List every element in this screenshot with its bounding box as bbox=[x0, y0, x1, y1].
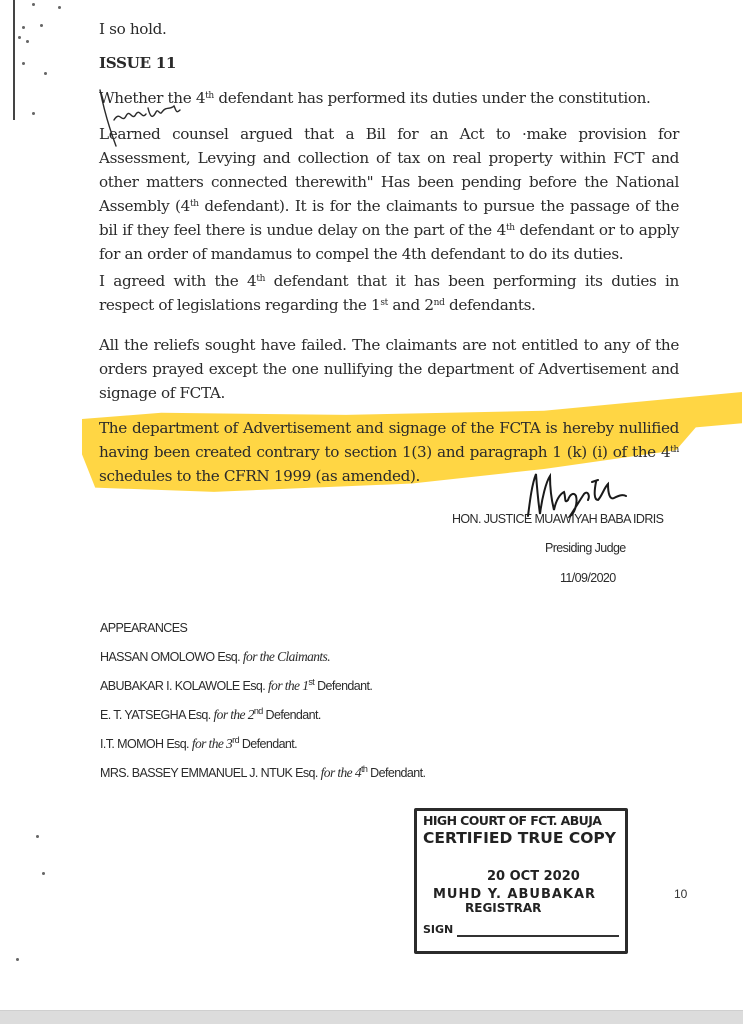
scan-speck bbox=[26, 40, 29, 43]
counsel-name: HASSAN OMOLOWO Esq. bbox=[100, 650, 240, 664]
counsel-name: MRS. BASSEY EMMANUEL J. NTUK Esq. bbox=[100, 766, 318, 780]
registrar-signature-icon bbox=[96, 80, 186, 150]
scan-speck bbox=[42, 872, 45, 875]
counsel-role: for the 2 bbox=[214, 707, 254, 722]
scan-speck bbox=[32, 3, 35, 6]
stamp-date: 20 OCT 2020 bbox=[487, 869, 580, 884]
judge-signature-icon bbox=[522, 470, 632, 518]
text-span: The department of Advertisement and sign… bbox=[99, 419, 679, 461]
counsel-name: E. T. YATSEGHA Esq. bbox=[100, 708, 211, 722]
appearance-entry: MRS. BASSEY EMMANUEL J. NTUK Esq. for th… bbox=[100, 765, 520, 794]
counsel-role: for the Claimants. bbox=[243, 649, 330, 664]
appearance-entry: ABUBAKAR I. KOLAWOLE Esq. for the 1st De… bbox=[100, 678, 520, 707]
text-span: and 2 bbox=[388, 296, 434, 314]
scan-speck bbox=[40, 24, 43, 27]
appearances-list: APPEARANCES HASSAN OMOLOWO Esq. for the … bbox=[100, 620, 520, 794]
ordinal-suffix: th bbox=[256, 274, 265, 284]
scan-speck bbox=[58, 6, 61, 9]
scan-speck bbox=[22, 62, 25, 65]
stamp-officer-name: MUHD Y. ABUBAKAR bbox=[433, 887, 596, 902]
counsel-name: ABUBAKAR I. KOLAWOLE Esq. bbox=[100, 679, 265, 693]
counsel-role: for the 3 bbox=[192, 736, 232, 751]
stamp-sign-label: SIGN bbox=[423, 923, 453, 936]
counsel-role: for the 1 bbox=[268, 678, 308, 693]
text-span: schedules to the CFRN 1999 (as amended). bbox=[99, 467, 420, 485]
appearance-entry: E. T. YATSEGHA Esq. for the 2nd Defendan… bbox=[100, 707, 520, 736]
page-number: 10 bbox=[674, 887, 687, 901]
ordinal-suffix: st bbox=[380, 298, 388, 308]
counsel-name: I.T. MOMOH Esq. bbox=[100, 737, 189, 751]
scan-speck bbox=[22, 26, 25, 29]
scan-speck bbox=[36, 835, 39, 838]
ordinal-suffix: th bbox=[670, 445, 679, 455]
scan-speck bbox=[44, 72, 47, 75]
judgment-date: 11/09/2020 bbox=[560, 571, 616, 585]
ordinal-suffix: rd bbox=[232, 735, 239, 745]
scan-speck bbox=[18, 36, 21, 39]
issue-question: Whether the 4th defendant has performed … bbox=[99, 86, 679, 110]
appearances-heading: APPEARANCES bbox=[100, 620, 520, 649]
ordinal-suffix: th bbox=[190, 199, 199, 209]
ordinal-suffix: th bbox=[506, 223, 515, 233]
paragraph-agreement: I agreed with the 4th defendant that it … bbox=[99, 269, 679, 317]
text-span: defendant has performed its duties under… bbox=[214, 89, 651, 107]
ordinal-suffix: nd bbox=[434, 298, 445, 308]
paragraph-counsel-argument: Learned counsel argued that a Bil for an… bbox=[99, 122, 679, 266]
certified-true-copy-stamp: HIGH COURT OF FCT. ABUJA CERTIFIED TRUE … bbox=[414, 808, 628, 954]
text-span: defendants. bbox=[445, 296, 536, 314]
document-page: I so hold. ISSUE 11 Whether the 4th defe… bbox=[0, 0, 743, 1010]
scan-speck bbox=[32, 112, 35, 115]
text-span: Defendant. bbox=[314, 679, 372, 693]
stamp-officer-title: REGISTRAR bbox=[465, 901, 541, 915]
ordinal-suffix: th bbox=[205, 91, 214, 101]
stamp-certification: CERTIFIED TRUE COPY bbox=[423, 829, 616, 847]
text-span: Defendant. bbox=[367, 766, 425, 780]
text-span: Defendant. bbox=[263, 708, 321, 722]
stamp-sign-line bbox=[457, 935, 619, 937]
scan-speck bbox=[16, 958, 19, 961]
stamp-court-name: HIGH COURT OF FCT. ABUJA bbox=[423, 813, 601, 828]
holding-statement: I so hold. bbox=[99, 17, 679, 41]
counsel-role: for the 4 bbox=[321, 765, 361, 780]
viewer-bottom-edge bbox=[0, 1010, 743, 1024]
issue-heading: ISSUE 11 bbox=[99, 51, 679, 75]
judge-title: Presiding Judge bbox=[545, 541, 626, 555]
paragraph-reliefs: All the reliefs sought have failed. The … bbox=[99, 333, 679, 405]
text-span: Defendant. bbox=[239, 737, 297, 751]
text-span: I agreed with the 4 bbox=[99, 272, 256, 290]
appearance-entry: HASSAN OMOLOWO Esq. for the Claimants. bbox=[100, 649, 520, 678]
appearance-entry: I.T. MOMOH Esq. for the 3rd Defendant. bbox=[100, 736, 520, 765]
scan-margin-line bbox=[13, 0, 15, 120]
ordinal-suffix: nd bbox=[254, 706, 263, 716]
